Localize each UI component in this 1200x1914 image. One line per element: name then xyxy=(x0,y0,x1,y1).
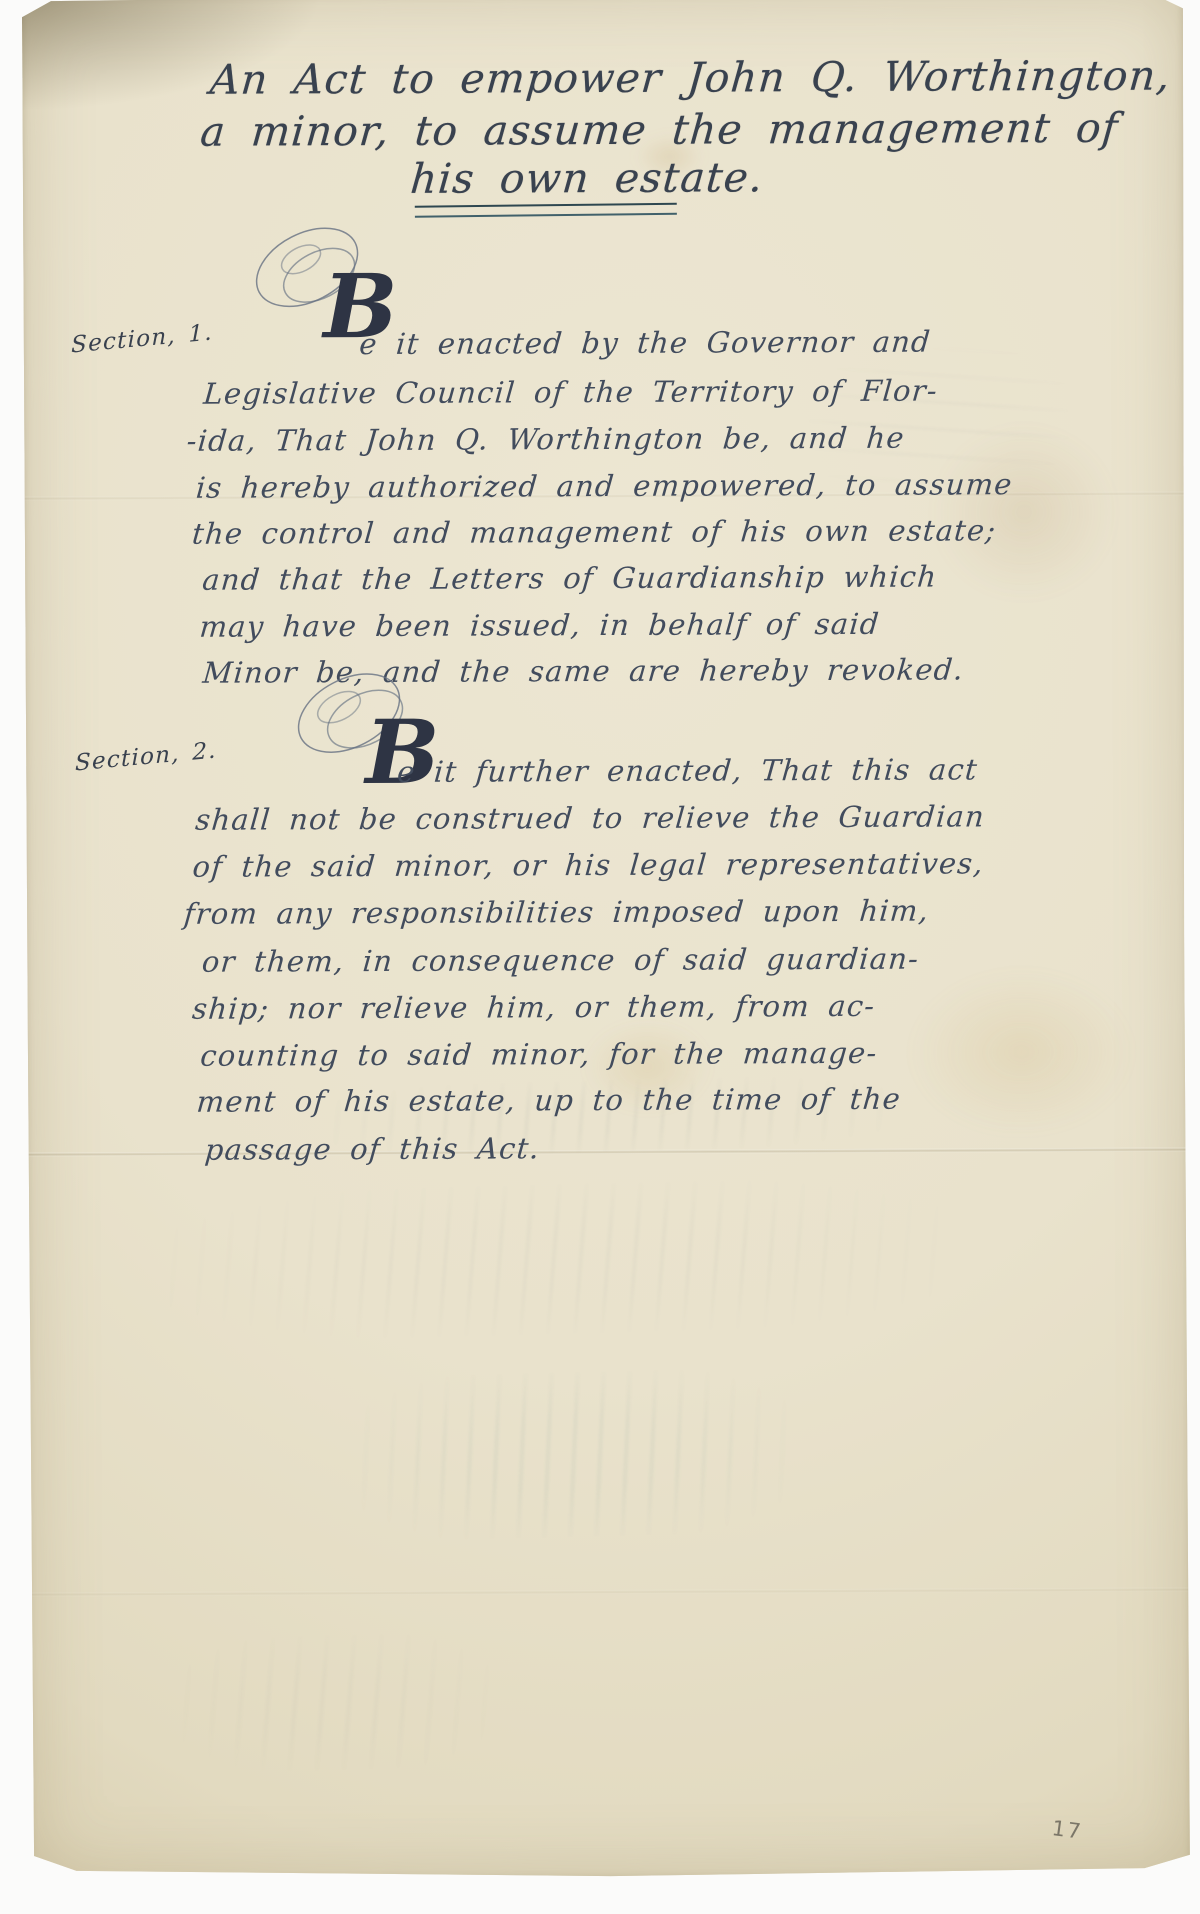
bleed-through-writing xyxy=(166,1174,960,1344)
page-number-pencil: 17 xyxy=(1050,1816,1084,1844)
manuscript-line: e it further enacted, That this act xyxy=(396,752,979,789)
paper-stain xyxy=(929,422,1120,603)
section-2-label: Section, 2. xyxy=(75,738,217,777)
manuscript-line: ship; nor relieve him, or them, from ac- xyxy=(191,989,877,1026)
manuscript-line: may have been issued, in behalf of said xyxy=(198,607,881,644)
manuscript-line: or them, in consequence of said guardian… xyxy=(201,942,921,979)
manuscript-line: e it enacted by the Governor and xyxy=(358,325,932,362)
manuscript-line: the control and management of his own es… xyxy=(191,513,998,551)
document-title-line: his own estate. xyxy=(409,153,766,203)
manuscript-line: passage of this Act. xyxy=(204,1131,542,1166)
manuscript-line: counting to said minor, for the manage- xyxy=(199,1036,879,1073)
manuscript-line: is hereby authorized and empowered, to a… xyxy=(195,467,1015,505)
paper-stain xyxy=(906,967,1137,1138)
photo-background: An Act to empower John Q. Worthington, a… xyxy=(0,0,1200,1914)
fold-crease xyxy=(27,1147,1188,1156)
bleed-through-writing xyxy=(356,1367,790,1543)
manuscript-line: and that the Letters of Guardianship whi… xyxy=(201,560,939,597)
fold-crease xyxy=(29,1587,1190,1596)
manuscript-line: Legislative Council of the Territory of … xyxy=(202,374,939,411)
manuscript-line: Minor be, and the same are hereby revoke… xyxy=(201,652,965,689)
manuscript-line: -ida, That John Q. Worthington be, and h… xyxy=(185,421,906,458)
manuscript-line: shall not be construed to relieve the Gu… xyxy=(194,799,986,836)
document-page: An Act to empower John Q. Worthington, a… xyxy=(22,0,1191,1881)
document-title-line: An Act to empower John Q. Worthington, xyxy=(208,52,1172,104)
manuscript-line: from any responsibilities imposed upon h… xyxy=(182,894,930,931)
document-title-line: a minor, to assume the management of xyxy=(198,104,1120,156)
manuscript-line: ment of his estate, up to the time of th… xyxy=(195,1082,902,1119)
title-divider-rule xyxy=(415,203,677,218)
section-1-label: Section, 1. xyxy=(71,320,213,359)
manuscript-line: of the said minor, or his legal represen… xyxy=(191,846,985,883)
bleed-through-writing xyxy=(178,1631,491,1774)
